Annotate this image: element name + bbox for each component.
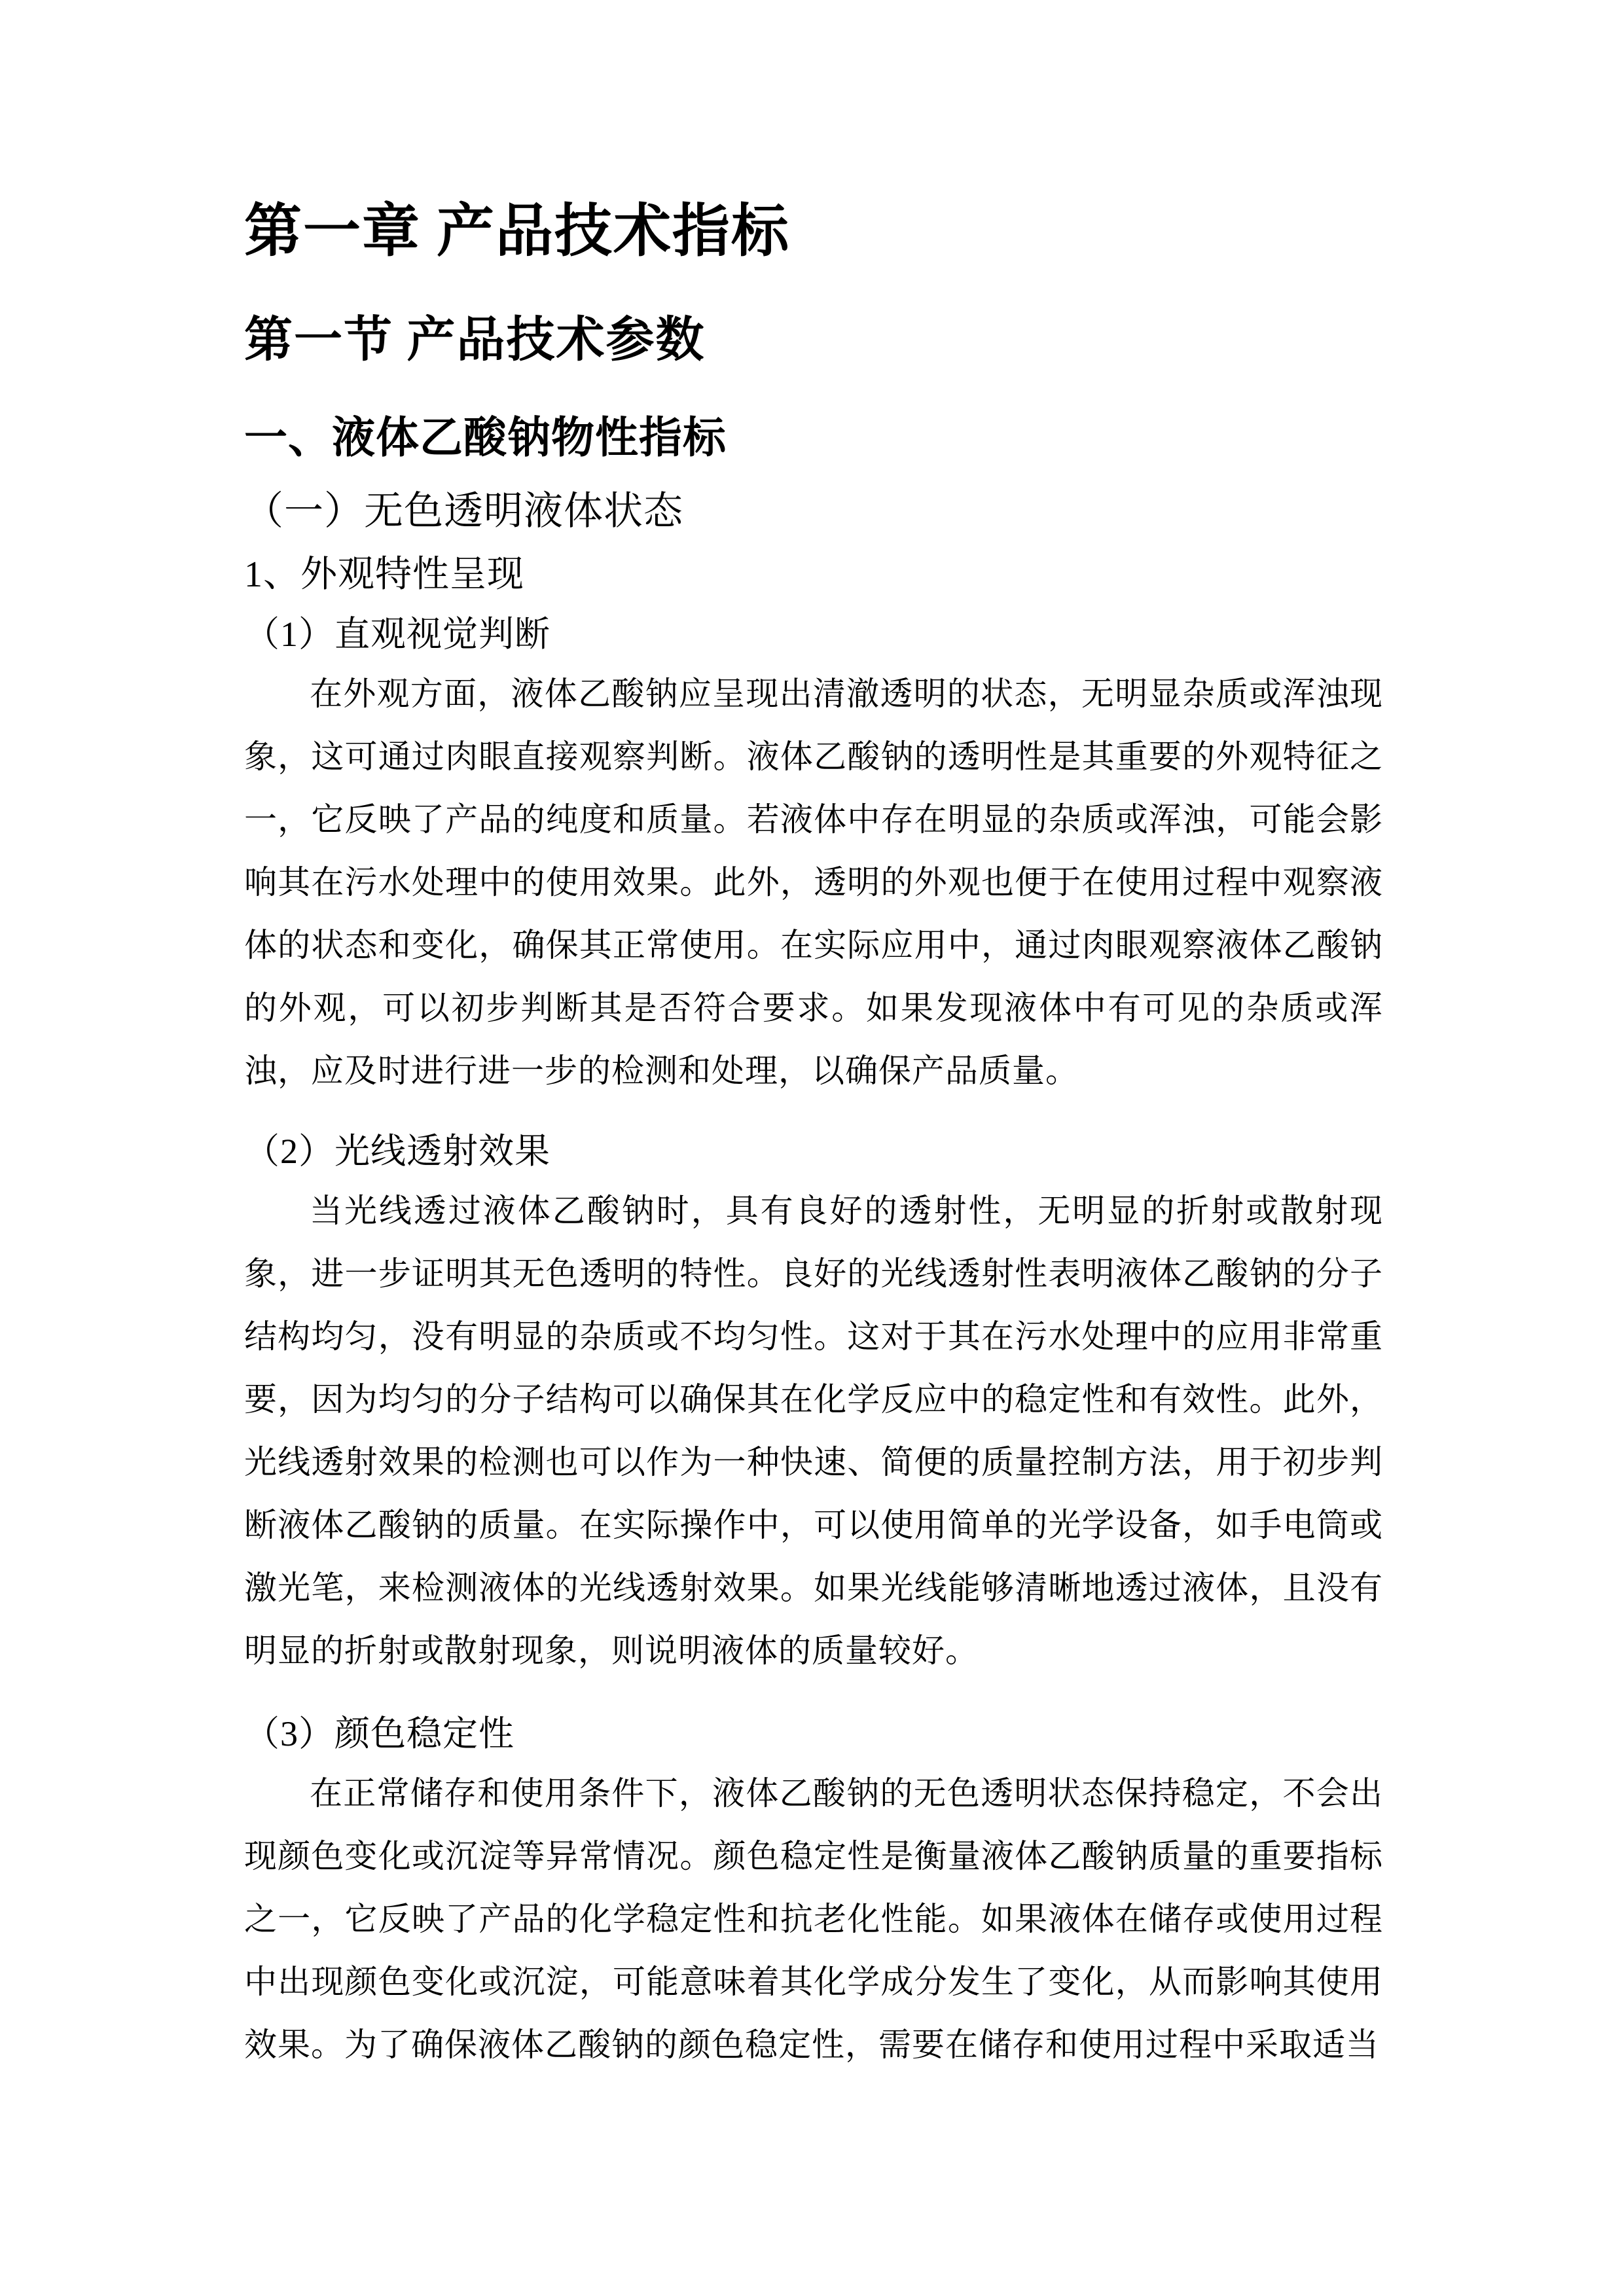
point-heading-1: （1）直观视觉判断 [244,611,1383,657]
paragraph-1: 在外观方面，液体乙酸钠应呈现出清澈透明的状态，无明显杂质或浑浊现象，这可通过肉眼… [244,662,1383,1102]
content-block-1: （1）直观视觉判断 在外观方面，液体乙酸钠应呈现出清澈透明的状态，无明显杂质或浑… [244,611,1383,1102]
numbered-heading: 一、液体乙酸钠物性指标 [244,411,1383,466]
content-block-2: （2）光线透射效果 当光线透过液体乙酸钠时，具有良好的透射性，无明显的折射或散射… [244,1128,1383,1682]
section-heading: 第一节 产品技术参数 [244,310,1383,370]
chapter-heading: 第一章 产品技术指标 [244,196,1383,268]
paragraph-3: 在正常储存和使用条件下，液体乙酸钠的无色透明状态保持稳定，不会出现颜色变化或沉淀… [244,1762,1383,2076]
point-heading-3: （3）颜色稳定性 [244,1711,1383,1757]
paragraph-2: 当光线透过液体乙酸钠时，具有良好的透射性，无明显的折射或散射现象，进一步证明其无… [244,1179,1383,1682]
point-heading-2: （2）光线透射效果 [244,1128,1383,1174]
content-block-3: （3）颜色稳定性 在正常储存和使用条件下，液体乙酸钠的无色透明状态保持稳定，不会… [244,1711,1383,2076]
item-heading: 1、外观特性呈现 [244,551,1383,598]
paren-heading: （一）无色透明液体状态 [244,486,1383,537]
document-page: 第一章 产品技术指标 第一节 产品技术参数 一、液体乙酸钠物性指标 （一）无色透… [0,0,1624,2296]
